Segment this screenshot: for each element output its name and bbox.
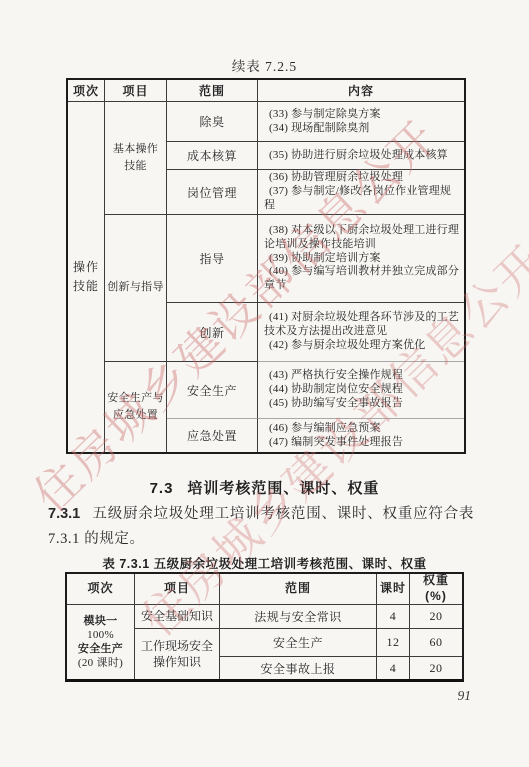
t1-scope-emergency-response: 应急处置 — [167, 419, 258, 452]
content-item: (46) 参与编制应急预案 — [264, 422, 460, 436]
t1-content-emergency-response: (46) 参与编制应急预案 (47) 编制突发事件处理报告 — [258, 419, 464, 452]
t2-scope-accident-report: 安全事故上报 — [220, 657, 377, 679]
content-item: (44) 协助制定岗位安全规程 — [264, 383, 460, 397]
t2-project-safety-basics: 安全基础知识 — [135, 605, 220, 629]
module-name: 模块一 — [84, 614, 118, 628]
t1-scope-deodorization: 除臭 — [167, 102, 258, 142]
clause-number: 7.3.1 — [48, 506, 80, 522]
section-number: 7.3 — [150, 480, 174, 497]
content-item: (45) 协助编写安全事故报告 — [264, 397, 460, 411]
t1-header-scope: 范围 — [167, 80, 258, 102]
t1-group-basic-skills: 基本操作 技能 — [105, 102, 167, 215]
t2-scope-regulations: 法规与安全常识 — [220, 605, 377, 629]
t2-weight-2: 60 — [410, 629, 462, 657]
t2-weight-1: 20 — [410, 605, 462, 629]
t2-hours-3: 4 — [377, 657, 410, 679]
t2-scope-safe-production: 安全生产 — [220, 629, 377, 657]
t2-hours-2: 12 — [377, 629, 410, 657]
clause-paragraph: 7.3.1五级厨余垃圾处理工培训考核范围、课时、权重应符合表 7.3.1 的规定… — [48, 502, 474, 552]
content-item: (39) 协助制定培训方案 — [264, 252, 460, 266]
t2-header-hours: 课时 — [377, 574, 410, 605]
content-item: (33) 参与制定除臭方案 — [264, 108, 460, 122]
t2-header-scope: 范围 — [220, 574, 377, 605]
content-item: (34) 现场配制除臭剂 — [264, 122, 460, 136]
t1-scope-cost-accounting: 成本核算 — [167, 142, 258, 170]
t1-group-safety-emergency: 安全生产与 应急处置 — [105, 362, 167, 452]
table-731-caption: 表 7.3.1 五级厨余垃圾处理工培训考核范围、课时、权重 — [0, 554, 529, 572]
continued-table-caption: 续表 7.2.5 — [0, 55, 529, 75]
continued-table-7-2-5: 项次 项目 范围 内容 操作 技能 基本操作 技能 创新与指导 安全生产与 应急… — [66, 78, 466, 454]
page-number: 91 — [458, 688, 472, 704]
t2-header-project: 项目 — [135, 574, 220, 605]
t1-scope-post-management: 岗位管理 — [167, 170, 258, 215]
t2-header-weight: 权重 (%) — [410, 574, 462, 605]
t1-header-content: 内容 — [258, 80, 464, 102]
t1-content-safe-production: (43) 严格执行安全操作规程 (44) 协助制定岗位安全规程 (45) 协助编… — [258, 362, 464, 419]
content-item: (47) 编制突发事件处理报告 — [264, 436, 460, 450]
t1-content-guidance: (38) 对本级以下厨余垃圾处理工进行理论培训及操作技能培训 (39) 协助制定… — [258, 215, 464, 303]
content-item: (41) 对厨余垃圾处理各环节涉及的工艺技术及方法提出改进意见 — [264, 311, 460, 339]
content-item: (42) 参与厨余垃圾处理方案优化 — [264, 339, 460, 353]
content-item: (38) 对本级以下厨余垃圾处理工进行理论培训及操作技能培训 — [264, 224, 460, 252]
content-item: (35) 协助进行厨余垃圾处理成本核算 — [264, 149, 460, 163]
t1-scope-safe-production: 安全生产 — [167, 362, 258, 419]
section-title: 培训考核范围、课时、权重 — [187, 480, 379, 497]
clause-text: 五级厨余垃圾处理工培训考核范围、课时、权重应符合表 7.3.1 的规定。 — [48, 506, 474, 547]
t2-weight-3: 20 — [410, 657, 462, 679]
t2-header-item-no: 项次 — [67, 574, 135, 605]
content-item: (40) 参与编写培训教材并独立完成部分章节 — [264, 265, 460, 293]
t1-content-cost-accounting: (35) 协助进行厨余垃圾处理成本核算 — [258, 142, 464, 170]
content-item: (37) 参与制定/修改各岗位作业管理规程 — [264, 185, 460, 213]
module-percent: 100% — [87, 628, 114, 642]
t1-scope-innovation: 创新 — [167, 303, 258, 362]
content-item: (36) 协助管理厨余垃圾处理 — [264, 171, 460, 185]
module-topic: 安全生产 — [78, 642, 123, 656]
section-heading: 7.3培训考核范围、课时、权重 — [0, 477, 529, 498]
t1-scope-guidance: 指导 — [167, 215, 258, 303]
t1-content-deodorization: (33) 参与制定除臭方案 (34) 现场配制除臭剂 — [258, 102, 464, 142]
t1-content-innovation: (41) 对厨余垃圾处理各环节涉及的工艺技术及方法提出改进意见 (42) 参与厨… — [258, 303, 464, 362]
content-item: (43) 严格执行安全操作规程 — [264, 369, 460, 383]
document-page: { "cont_table": { "caption": "续表 7.2.5",… — [0, 0, 529, 767]
t1-content-post-management: (36) 协助管理厨余垃圾处理 (37) 参与制定/修改各岗位作业管理规程 — [258, 170, 464, 215]
t2-module-cell: 模块一 100% 安全生产 (20 课时) — [67, 605, 135, 679]
module-hours: (20 课时) — [78, 656, 123, 670]
t1-group-innovation-guidance: 创新与指导 — [105, 215, 167, 362]
t1-header-item-no: 项次 — [68, 80, 105, 102]
t1-header-project: 项目 — [105, 80, 167, 102]
t2-project-worksite-safety: 工作现场安全 操作知识 — [135, 629, 220, 679]
table-7-3-1: 项次 项目 范围 课时 权重 (%) 模块一 100% 安全生产 (20 课时)… — [65, 572, 464, 682]
t2-hours-1: 4 — [377, 605, 410, 629]
t1-itemcol-operation-skills: 操作 技能 — [68, 102, 105, 452]
